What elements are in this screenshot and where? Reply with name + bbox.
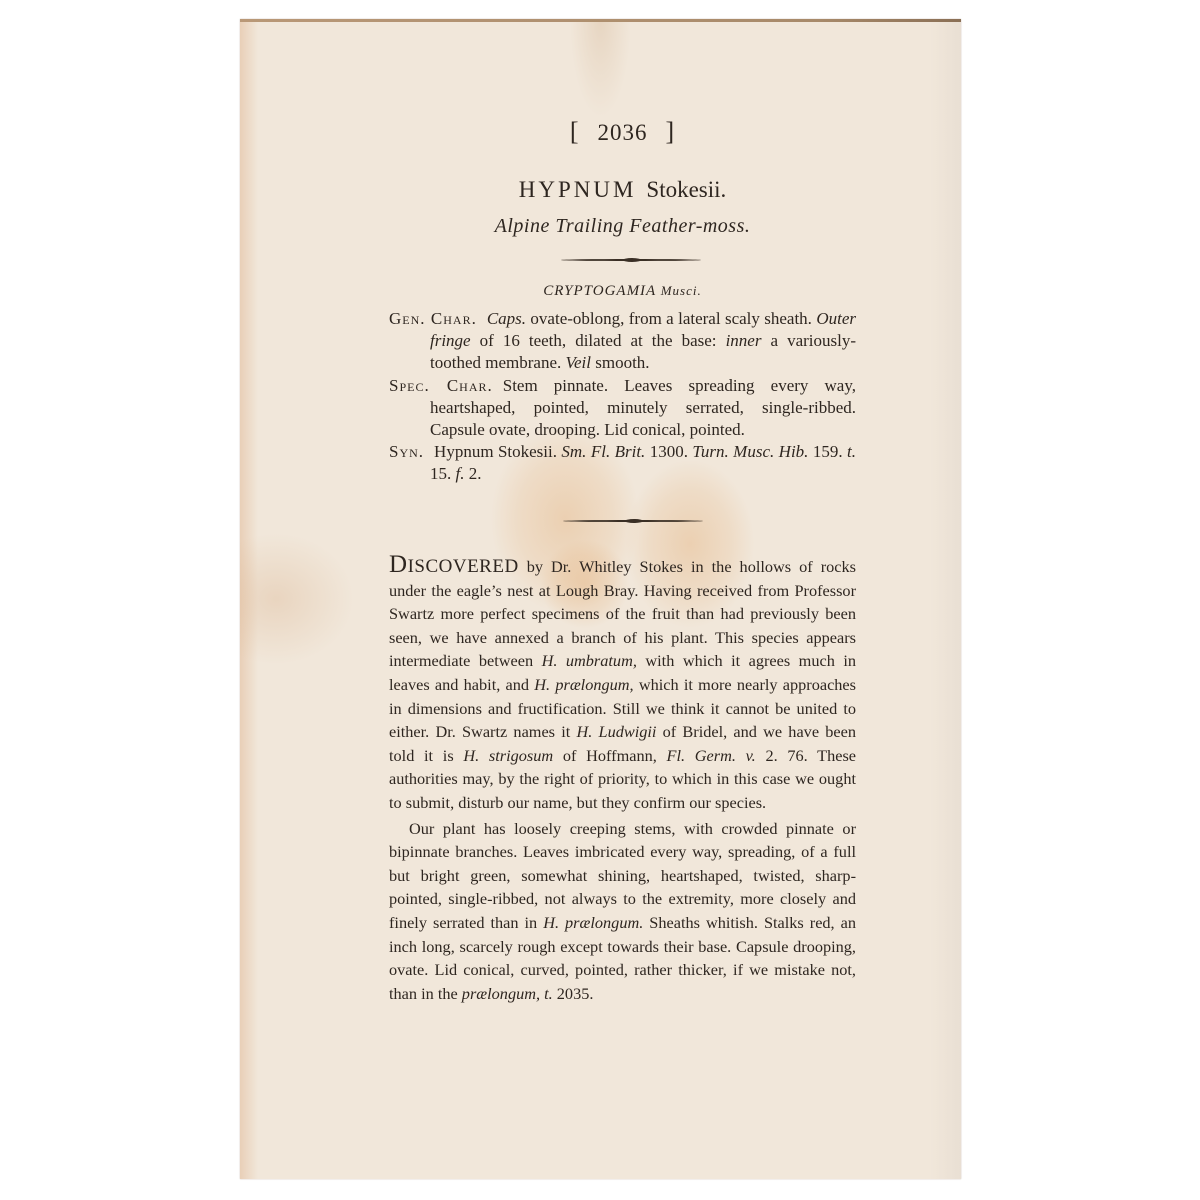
spec-char-label: Spec. Char.: [389, 376, 493, 395]
description-body: DISCOVERED by Dr. Whitley Stokes in the …: [389, 553, 856, 1005]
characters-block: Gen. Char.Caps. ovate-oblong, from a lat…: [389, 308, 856, 486]
text-italic: prælongum, t.: [462, 984, 553, 1003]
drop-cap: D: [389, 551, 408, 578]
bracket-open: [: [570, 117, 580, 146]
text-italic: Sm. Fl. Brit.: [561, 442, 645, 461]
spec-char-text: Stem pinnate. Leaves spreading every way…: [430, 376, 856, 439]
text-italic: H. prælongum.: [543, 913, 643, 932]
page-number-value: 2036: [598, 120, 648, 145]
text-italic: Caps.: [487, 309, 526, 328]
text-italic: H. prælongum,: [534, 675, 633, 694]
text-italic: Turn. Musc. Hib.: [692, 442, 808, 461]
bracket-close: ]: [666, 117, 676, 146]
text-italic: t.: [847, 442, 856, 461]
decorative-rule: [561, 259, 701, 261]
page-title: HYPNUMStokesii.: [389, 177, 856, 203]
generic-character: Gen. Char.Caps. ovate-oblong, from a lat…: [389, 308, 856, 375]
gen-char-label: Gen. Char.: [389, 309, 477, 328]
text: Hypnum Stokesii.: [434, 442, 561, 461]
decorative-rule: [563, 520, 703, 522]
classification: CRYPTOGAMIA Musci.: [389, 283, 856, 300]
book-page: [2036] HYPNUMStokesii. Alpine Trailing F…: [240, 19, 961, 1179]
text-italic: H. umbratum,: [542, 651, 637, 670]
text-italic: inner: [726, 331, 762, 350]
specific-character: Spec. Char.Stem pinnate. Leaves spreadin…: [389, 375, 856, 442]
title-species: Stokesii.: [646, 177, 726, 202]
paragraph-description: Our plant has loosely creeping stems, wi…: [389, 817, 856, 1006]
text: 2.: [464, 464, 481, 483]
text: 15.: [430, 464, 456, 483]
text-italic: Veil: [566, 353, 592, 372]
text-italic: H. Ludwigii: [576, 722, 656, 741]
paragraph-discovery: DISCOVERED by Dr. Whitley Stokes in the …: [389, 553, 856, 815]
text: smooth.: [591, 353, 650, 372]
text: of Hoffmann,: [553, 746, 666, 765]
title-genus: HYPNUM: [519, 177, 637, 202]
classification-class: CRYPTOGAMIA: [543, 283, 656, 299]
text-italic: H. strigosum: [463, 746, 553, 765]
classification-order: Musci.: [661, 283, 702, 298]
text: ovate-oblong, from a lateral scaly sheat…: [526, 309, 816, 328]
lead-word: ISCOVERED: [408, 556, 519, 577]
text: 1300.: [645, 442, 692, 461]
text-italic: Fl. Germ. v.: [667, 746, 756, 765]
text: of 16 teeth, dilated at the base:: [471, 331, 726, 350]
text: 2035.: [553, 984, 594, 1003]
syn-label: Syn.: [389, 442, 424, 461]
common-name: Alpine Trailing Feather-moss.: [389, 215, 856, 238]
text: 159.: [808, 442, 847, 461]
page-number: [2036]: [389, 117, 856, 147]
synonymy: Syn.Hypnum Stokesii. Sm. Fl. Brit. 1300.…: [389, 441, 856, 485]
